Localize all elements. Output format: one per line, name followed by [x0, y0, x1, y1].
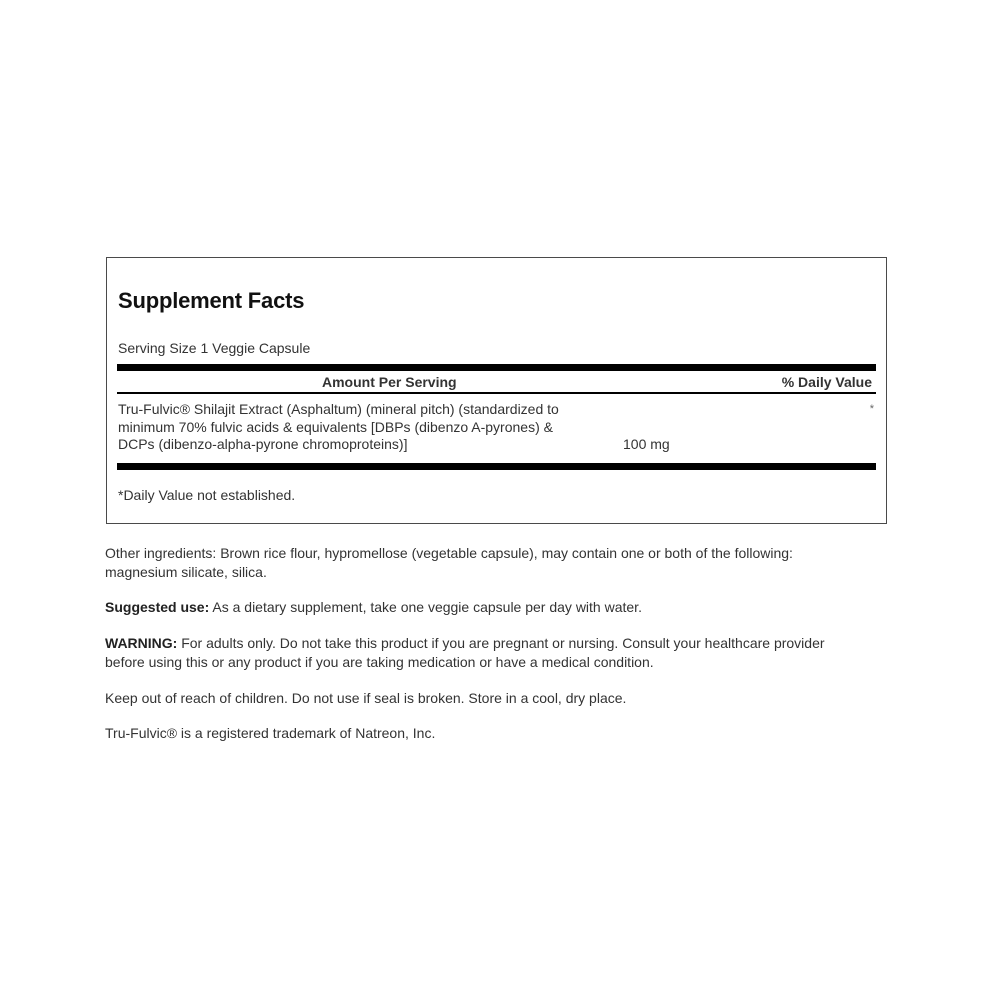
- supplement-facts-panel: Supplement Facts Serving Size 1 Veggie C…: [106, 257, 887, 524]
- other-ingredients-label: Other ingredients:: [105, 545, 216, 561]
- trademark-notice: Tru-Fulvic® is a registered trademark of…: [105, 724, 865, 743]
- amount-per-serving-header: Amount Per Serving: [322, 374, 457, 390]
- ingredient-name-line: Tru-Fulvic® Shilajit Extract (Asphaltum)…: [118, 401, 678, 419]
- ingredient-name-line: DCPs (dibenzo-alpha-pyrone chromoprotein…: [118, 436, 678, 454]
- daily-value-header: % Daily Value: [782, 374, 872, 390]
- suggested-use-text: As a dietary supplement, take one veggie…: [212, 599, 642, 615]
- suggested-use-label: Suggested use:: [105, 599, 209, 615]
- ingredient-row: Tru-Fulvic® Shilajit Extract (Asphaltum)…: [118, 401, 874, 454]
- serving-size: Serving Size 1 Veggie Capsule: [118, 340, 310, 356]
- ingredient-name: Tru-Fulvic® Shilajit Extract (Asphaltum)…: [118, 401, 678, 454]
- warning-text: For adults only. Do not take this produc…: [105, 635, 825, 670]
- daily-value-footnote: *Daily Value not established.: [118, 487, 295, 503]
- warning-label: WARNING:: [105, 635, 177, 651]
- ingredient-amount: 100 mg: [623, 436, 670, 454]
- suggested-use: Suggested use: As a dietary supplement, …: [105, 598, 865, 617]
- warning: WARNING: For adults only. Do not take th…: [105, 634, 865, 672]
- other-ingredients: Other ingredients: Brown rice flour, hyp…: [105, 544, 865, 582]
- ingredient-name-line: minimum 70% fulvic acids & equivalents […: [118, 419, 678, 437]
- divider-thick-top: [117, 364, 876, 371]
- ingredient-daily-value: *: [870, 401, 874, 419]
- divider-thick-bottom: [117, 463, 876, 470]
- storage-instructions: Keep out of reach of children. Do not us…: [105, 689, 865, 708]
- supplement-facts-title: Supplement Facts: [118, 288, 304, 314]
- facts-header-row: Amount Per Serving % Daily Value: [117, 372, 872, 392]
- divider-thin: [117, 392, 876, 394]
